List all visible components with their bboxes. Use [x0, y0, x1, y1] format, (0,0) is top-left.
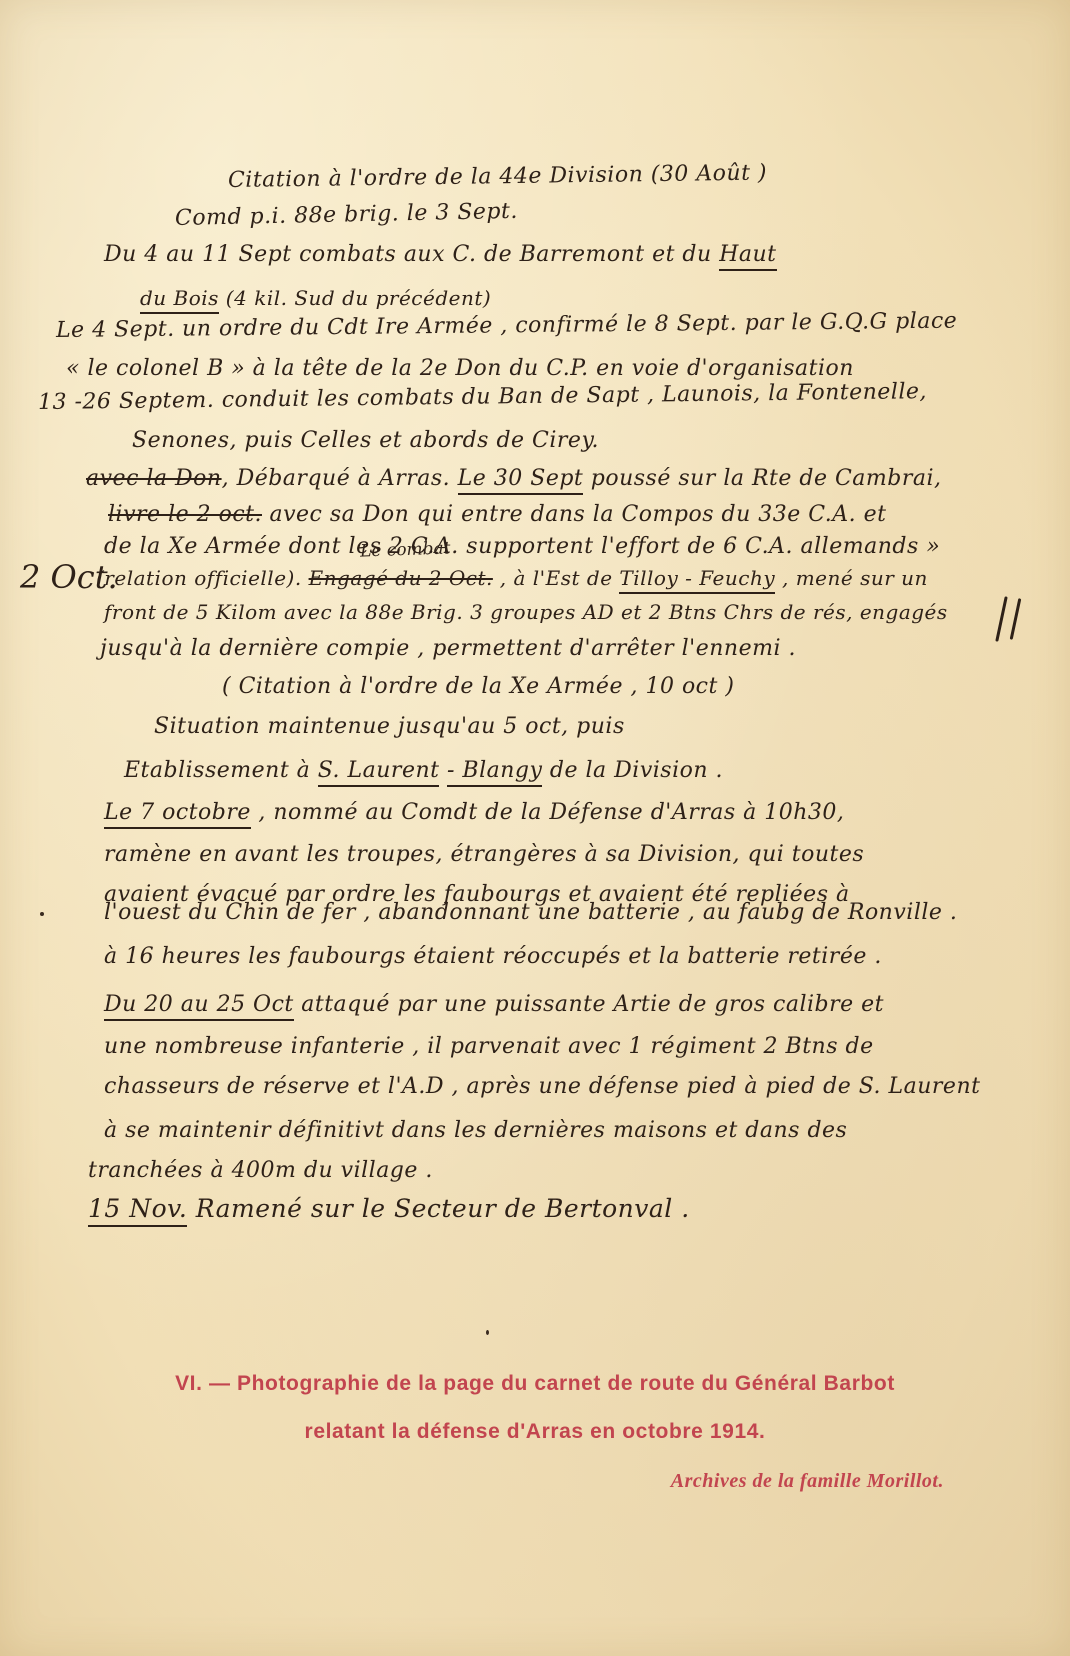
line-text: , nommé au Comdt de la Défense d'Arras à…	[251, 800, 845, 825]
manuscript-line: l'ouest du Chin de fer , abandonnant une…	[104, 900, 957, 925]
line-text: Situation maintenue jusqu'au 5 oct, puis	[154, 714, 625, 739]
margin-bracket-mark	[1010, 598, 1022, 640]
line-text	[439, 758, 447, 783]
struck-text: avec la Don	[86, 466, 222, 491]
line-text: Senones, puis Celles et abords de Cirey.	[132, 428, 599, 453]
manuscript-line: livre le 2 oct. avec sa Don qui entre da…	[108, 502, 887, 527]
manuscript-line: tranchées à 400m du village .	[88, 1158, 433, 1183]
printed-caption-line-2: relatant la défense d'Arras en octobre 1…	[0, 1420, 1070, 1444]
archive-credit: Archives de la famille Morillot.	[671, 1470, 944, 1493]
manuscript-line: une nombreuse infanterie , il parvenait …	[104, 1034, 874, 1059]
line-text: l'ouest du Chin de fer , abandonnant une…	[104, 900, 957, 925]
scanned-notebook-page: Citation à l'ordre de la 44e Division (3…	[0, 0, 1070, 1656]
underlined-text: - Blangy	[447, 758, 542, 787]
manuscript-line: Senones, puis Celles et abords de Cirey.	[132, 428, 599, 453]
line-text: une nombreuse infanterie , il parvenait …	[104, 1034, 874, 1059]
manuscript-line: front de 5 Kilom avec la 88e Brig. 3 gro…	[104, 600, 948, 624]
manuscript-line: (relation officielle). Engagé du 2 Oct. …	[96, 566, 928, 590]
line-text: chasseurs de réserve et l'A.D , après un…	[104, 1074, 980, 1099]
line-text: Du 4 au 11 Sept combats aux C. de Barrem…	[104, 242, 719, 267]
manuscript-line: de la Xe Armée dont les 2 C.A. supporten…	[104, 534, 940, 559]
line-text: jusqu'à la dernière compie , permettent …	[100, 636, 796, 661]
line-text: (4 kil. Sud du précédent)	[219, 286, 491, 310]
line-text: de la Division .	[542, 758, 723, 783]
line-text: attaqué par une puissante Artie de gros …	[294, 992, 884, 1017]
line-text: de la Xe Armée dont les 2 C.A. supporten…	[104, 534, 940, 559]
manuscript-line: Du 4 au 11 Sept combats aux C. de Barrem…	[104, 242, 777, 267]
underlined-text: Le 30 Sept	[458, 466, 584, 495]
manuscript-line: chasseurs de réserve et l'A.D , après un…	[104, 1074, 980, 1099]
line-text: , Débarqué à Arras.	[222, 466, 458, 491]
paper-speck	[486, 1330, 489, 1335]
underlined-text: Du 20 au 25 Oct	[104, 992, 294, 1021]
line-text: tranchées à 400m du village .	[88, 1158, 433, 1183]
ink-dot	[40, 912, 44, 916]
manuscript-line: ramène en avant les troupes, étrangères …	[104, 842, 864, 867]
manuscript-line: Du 20 au 25 Oct attaqué par une puissant…	[104, 992, 884, 1017]
underlined-text: Haut	[719, 242, 776, 271]
manuscript-line: Le 7 octobre , nommé au Comdt de la Défe…	[104, 800, 844, 825]
line-text: (relation officielle).	[96, 566, 309, 590]
manuscript-line: ( Citation à l'ordre de la Xe Armée , 10…	[222, 674, 734, 699]
interlinear-text: Le combat	[360, 538, 451, 561]
line-text: avec sa Don qui entre dans la Compos du …	[262, 502, 887, 527]
line-text: Ramené sur le Secteur de Bertonval .	[187, 1194, 689, 1223]
manuscript-line: 15 Nov. Ramené sur le Secteur de Bertonv…	[88, 1194, 690, 1223]
margin-bracket-mark	[995, 596, 1007, 642]
manuscript-line: à 16 heures les faubourgs étaient réoccu…	[104, 944, 882, 969]
interlinear-insertion: Le combat	[360, 538, 451, 561]
line-text: 13 -26 Septem. conduit les combats du Ba…	[38, 379, 927, 415]
underlined-text: Le 7 octobre	[104, 800, 251, 829]
handwritten-manuscript: Citation à l'ordre de la 44e Division (3…	[0, 0, 1070, 1250]
manuscript-line: Situation maintenue jusqu'au 5 oct, puis	[154, 714, 625, 739]
line-text: ramène en avant les troupes, étrangères …	[104, 842, 864, 867]
line-text: Etablissement à	[124, 758, 318, 783]
line-text: , à l'Est de	[493, 566, 620, 590]
manuscript-line: jusqu'à la dernière compie , permettent …	[100, 636, 796, 661]
line-text: , mené sur un	[775, 566, 928, 590]
underlined-text: du Bois	[140, 286, 219, 314]
manuscript-line: à se maintenir définitivt dans les derni…	[104, 1118, 847, 1143]
underlined-text: Tilloy - Feuchy	[619, 566, 775, 594]
manuscript-line: 13 -26 Septem. conduit les combats du Ba…	[38, 379, 927, 415]
struck-text: livre le 2 oct.	[108, 502, 262, 527]
line-text: à se maintenir définitivt dans les derni…	[104, 1118, 847, 1143]
underlined-text: S. Laurent	[318, 758, 440, 787]
line-text: poussé sur la Rte de Cambrai,	[583, 466, 941, 491]
manuscript-line: du Bois (4 kil. Sud du précédent)	[140, 286, 491, 310]
manuscript-line: Comd p.i. 88e brig. le 3 Sept.	[175, 199, 518, 231]
line-text: à 16 heures les faubourgs étaient réoccu…	[104, 944, 882, 969]
line-text: « le colonel B » à la tête de la 2e Don …	[66, 356, 854, 381]
underlined-text: 15 Nov.	[88, 1194, 187, 1227]
line-text: Citation à l'ordre de la 44e Division (3…	[228, 160, 767, 193]
manuscript-line: « le colonel B » à la tête de la 2e Don …	[66, 356, 854, 381]
struck-text: Engagé du 2 Oct.	[309, 566, 493, 590]
line-text: front de 5 Kilom avec la 88e Brig. 3 gro…	[104, 600, 948, 624]
line-text: Comd p.i. 88e brig. le 3 Sept.	[175, 199, 518, 231]
manuscript-line: Citation à l'ordre de la 44e Division (3…	[228, 160, 767, 193]
printed-caption-line-1: VI. — Photographie de la page du carnet …	[0, 1372, 1070, 1396]
line-text: ( Citation à l'ordre de la Xe Armée , 10…	[222, 674, 734, 699]
manuscript-line: Etablissement à S. Laurent - Blangy de l…	[124, 758, 723, 783]
manuscript-line: avec la Don, Débarqué à Arras. Le 30 Sep…	[86, 466, 942, 491]
